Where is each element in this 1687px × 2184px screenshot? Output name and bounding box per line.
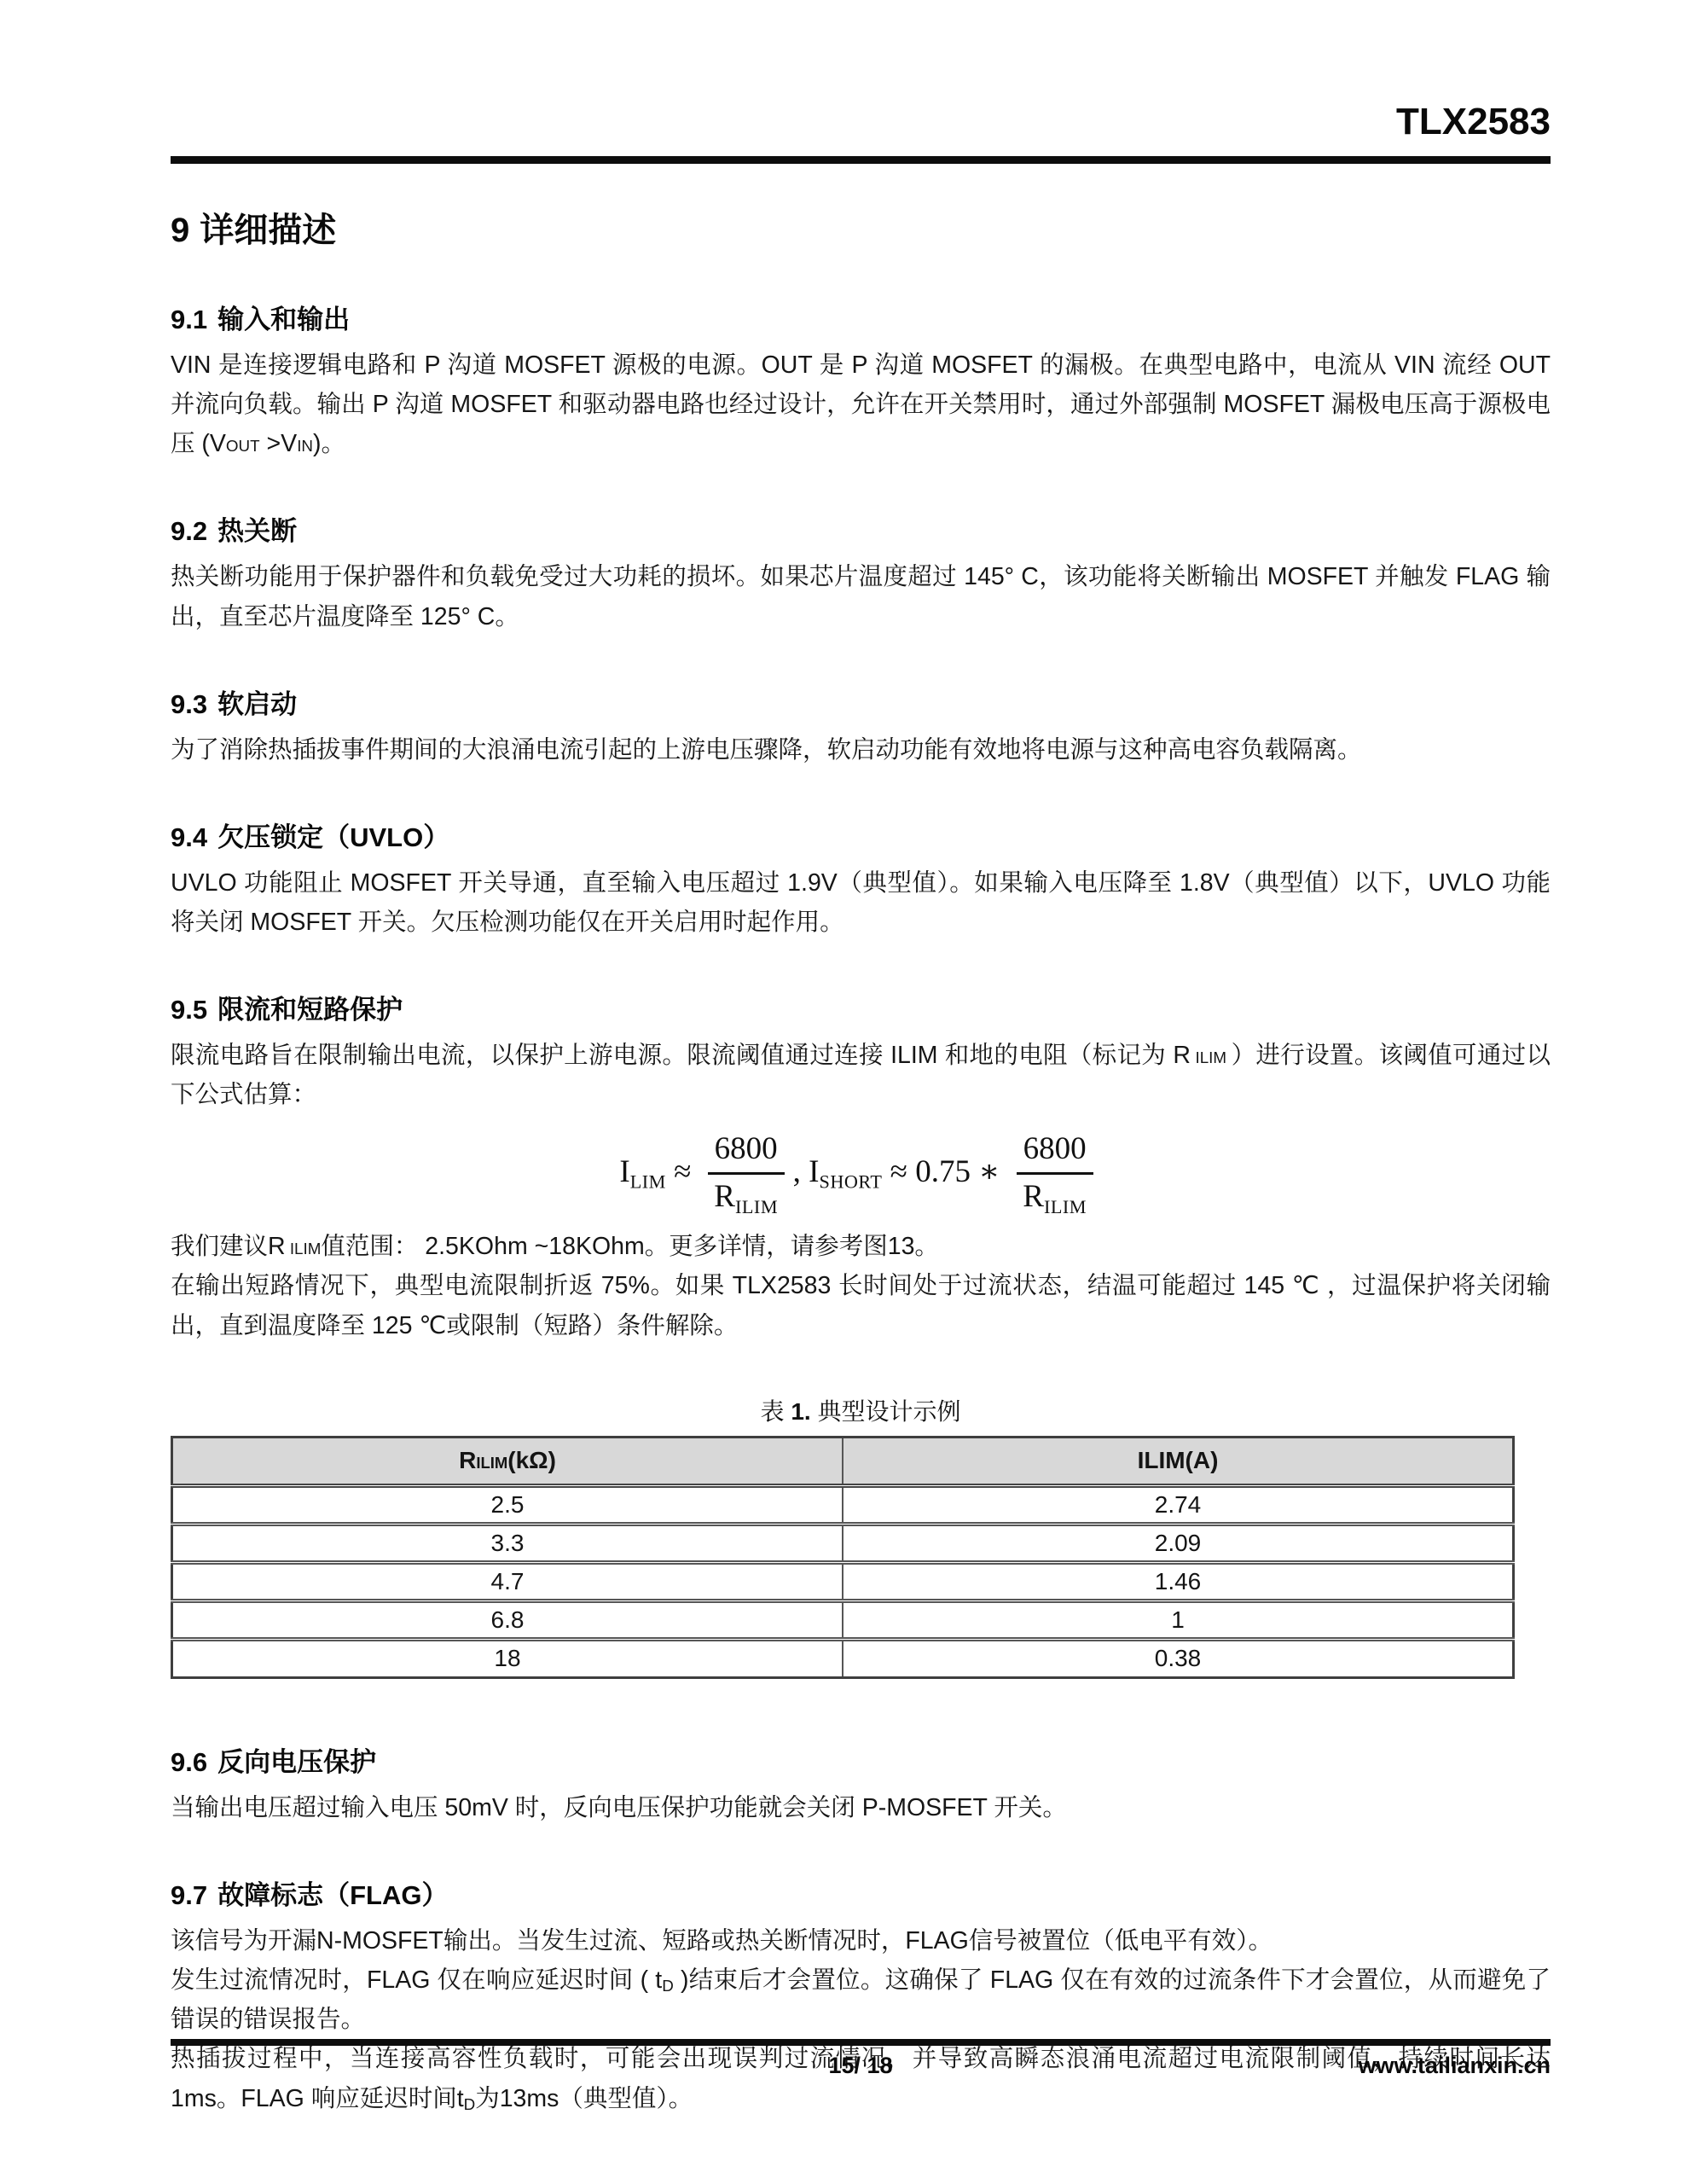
rilim-symbol-subscript: ILIM xyxy=(1044,1195,1087,1217)
caption-number: 1. xyxy=(791,1398,810,1425)
section-heading-9-6: 9.6反向电压保护 xyxy=(171,1740,1551,1779)
td-subscript: D xyxy=(662,1977,674,1995)
section-title: 软启动 xyxy=(217,689,297,719)
header-text: R xyxy=(459,1447,476,1473)
doc-title: TLX2583 xyxy=(1396,101,1551,142)
fraction-1: 6800RILIM xyxy=(708,1130,785,1218)
rilim-subscript: ILIM xyxy=(286,1240,322,1258)
text-run: 值范围： 2.5KOhm ~18KOhm。更多详情，请参考图13。 xyxy=(321,1233,939,1260)
chapter-title: 详细描述 xyxy=(200,212,336,249)
cell-rilim: 18 xyxy=(172,1639,843,1677)
caption-text: 表 xyxy=(761,1398,791,1425)
section-title: 输入和输出 xyxy=(217,305,350,334)
section-title: 故障标志（FLAG） xyxy=(217,1880,448,1910)
table-caption: 表 1. 典型设计示例 xyxy=(171,1393,1551,1427)
text-run: VIN 是连接逻辑电路和 P 沟道 MOSFET 源极的电源。OUT 是 P 沟… xyxy=(171,351,1551,457)
section-paragraph: 当输出电压超过输入电压 50mV 时，反向电压保护功能就会关闭 P-MOSFET… xyxy=(171,1788,1551,1827)
section-paragraph: 发生过流情况时，FLAG 仅在响应延迟时间 ( tD )结束后才会置位。这确保了… xyxy=(171,1960,1551,2039)
footer-row: 15/ 18 www.tailianxin.cn xyxy=(171,2053,1551,2087)
rilim-subscript: ILIM xyxy=(1191,1048,1232,1066)
cell-rilim: 2.5 xyxy=(172,1485,843,1524)
rilim-symbol: R xyxy=(1023,1179,1044,1214)
section-number: 9.2 xyxy=(171,516,207,546)
column-header-rilim: RILIM(kΩ) xyxy=(172,1437,843,1485)
section-paragraph: 在输出短路情况下，典型电流限制折返 75%。如果 TLX2583 长时间处于过流… xyxy=(171,1266,1551,1345)
section-heading-9-2: 9.2热关断 xyxy=(171,509,1551,548)
page-content: TLX2583 9详细描述 9.1输入和输出 VIN 是连接逻辑电路和 P 沟道… xyxy=(171,0,1551,2118)
current-limit-formula: ILIM ≈ 6800RILIM, ISHORT ≈ 0.75 ∗ 6800RI… xyxy=(171,1130,1551,1218)
page-footer: 15/ 18 www.tailianxin.cn xyxy=(171,2039,1551,2087)
table-row: 18 0.38 xyxy=(172,1639,1514,1677)
footer-rule xyxy=(171,2039,1551,2046)
table-row: 4.7 1.46 xyxy=(172,1562,1514,1600)
section-paragraph: 热关断功能用于保护器件和负载免受过大功耗的损坏。如果芯片温度超过 145° C，… xyxy=(171,557,1551,636)
text-run: )。 xyxy=(313,430,345,457)
section-heading-9-7: 9.7故障标志（FLAG） xyxy=(171,1873,1551,1912)
text-run: >V xyxy=(260,430,298,457)
multiply-operator: ∗ xyxy=(971,1153,1008,1188)
caption-text: 典型设计示例 xyxy=(811,1398,961,1425)
section-number: 9.5 xyxy=(171,995,207,1025)
coefficient: 0.75 xyxy=(915,1153,971,1188)
formula-separator: , xyxy=(793,1153,809,1188)
section-number: 9.7 xyxy=(171,1880,207,1910)
fraction-denominator: RILIM xyxy=(708,1175,785,1218)
section-title: 欠压锁定（UVLO） xyxy=(217,822,449,852)
section-number: 9.3 xyxy=(171,689,207,719)
cell-ilim: 0.38 xyxy=(843,1639,1514,1677)
section-paragraph: 我们建议R ILIM值范围： 2.5KOhm ~18KOhm。更多详情，请参考图… xyxy=(171,1227,1551,1266)
cell-ilim: 1.46 xyxy=(843,1562,1514,1600)
td-subscript: D xyxy=(464,2095,476,2113)
website-url: www.tailianxin.cn xyxy=(1358,2053,1551,2079)
vin-subscript: IN xyxy=(297,437,313,455)
table-row: 2.5 2.74 xyxy=(172,1485,1514,1524)
section-heading-9-1: 9.1输入和输出 xyxy=(171,298,1551,336)
cell-ilim: 1 xyxy=(843,1600,1514,1639)
fraction-numerator: 6800 xyxy=(708,1130,785,1175)
section-heading-9-4: 9.4欠压锁定（UVLO） xyxy=(171,816,1551,854)
rilim-symbol: R xyxy=(714,1179,735,1214)
fraction-denominator: RILIM xyxy=(1017,1175,1093,1218)
rilim-symbol-subscript: ILIM xyxy=(735,1195,778,1217)
section-number: 9.4 xyxy=(171,822,207,852)
table-header-row: RILIM(kΩ) ILIM(A) xyxy=(172,1437,1514,1485)
section-paragraph: 限流电路旨在限制输出电流，以保护上游电源。限流阈值通过连接 ILIM 和地的电阻… xyxy=(171,1036,1551,1114)
ilim-symbol-subscript: LIM xyxy=(630,1170,666,1192)
chapter-heading: 9详细描述 xyxy=(171,203,1551,252)
column-header-ilim: ILIM(A) xyxy=(843,1437,1514,1485)
section-heading-9-3: 9.3软启动 xyxy=(171,682,1551,721)
section-title: 限流和短路保护 xyxy=(217,995,403,1025)
ilim-symbol: I xyxy=(619,1153,629,1188)
approx-sign: ≈ xyxy=(666,1153,699,1188)
ishort-symbol-subscript: SHORT xyxy=(820,1170,883,1192)
cell-rilim: 4.7 xyxy=(172,1562,843,1600)
cell-ilim: 2.09 xyxy=(843,1524,1514,1562)
section-title: 反向电压保护 xyxy=(217,1747,376,1777)
section-number: 9.6 xyxy=(171,1747,207,1777)
approx-sign: ≈ xyxy=(882,1153,915,1188)
design-example-table: RILIM(kΩ) ILIM(A) 2.5 2.74 3.3 2.09 4.7 … xyxy=(171,1436,1515,1679)
page-number: 15/ 18 xyxy=(171,2053,1551,2079)
table-row: 6.8 1 xyxy=(172,1600,1514,1639)
text-run: 发生过流情况时，FLAG 仅在响应延迟时间 ( t xyxy=(171,1966,662,1994)
section-heading-9-5: 9.5限流和短路保护 xyxy=(171,988,1551,1026)
header-rule xyxy=(171,156,1551,164)
text-run: 限流电路旨在限制输出电流，以保护上游电源。限流阈值通过连接 ILIM 和地的电阻… xyxy=(171,1042,1191,1069)
section-paragraph: UVLO 功能阻止 MOSFET 开关导通，直至输入电压超过 1.9V（典型值）… xyxy=(171,863,1551,942)
chapter-number: 9 xyxy=(171,212,189,249)
table-row: 3.3 2.09 xyxy=(172,1524,1514,1562)
page-header: TLX2583 xyxy=(171,0,1551,143)
text-run: 我们建议R xyxy=(171,1233,286,1260)
cell-rilim: 3.3 xyxy=(172,1524,843,1562)
header-subscript: ILIM xyxy=(476,1454,507,1472)
fraction-numerator: 6800 xyxy=(1017,1130,1093,1175)
section-paragraph: 该信号为开漏N-MOSFET输出。当发生过流、短路或热关断情况时，FLAG信号被… xyxy=(171,1921,1551,1960)
cell-rilim: 6.8 xyxy=(172,1600,843,1639)
section-paragraph: 为了消除热插拔事件期间的大浪涌电流引起的上游电压骤降，软启动功能有效地将电源与这… xyxy=(171,730,1551,770)
datasheet-page: TLX2583 9详细描述 9.1输入和输出 VIN 是连接逻辑电路和 P 沟道… xyxy=(0,0,1687,2184)
text-run: 为13ms（典型值）。 xyxy=(475,2085,693,2112)
section-paragraph: VIN 是连接逻辑电路和 P 沟道 MOSFET 源极的电源。OUT 是 P 沟… xyxy=(171,346,1551,463)
ishort-symbol: I xyxy=(809,1153,819,1188)
vout-subscript: OUT xyxy=(226,437,260,455)
header-unit: (kΩ) xyxy=(507,1447,556,1473)
section-title: 热关断 xyxy=(217,516,297,546)
cell-ilim: 2.74 xyxy=(843,1485,1514,1524)
fraction-2: 6800RILIM xyxy=(1017,1130,1093,1218)
section-number: 9.1 xyxy=(171,305,207,334)
